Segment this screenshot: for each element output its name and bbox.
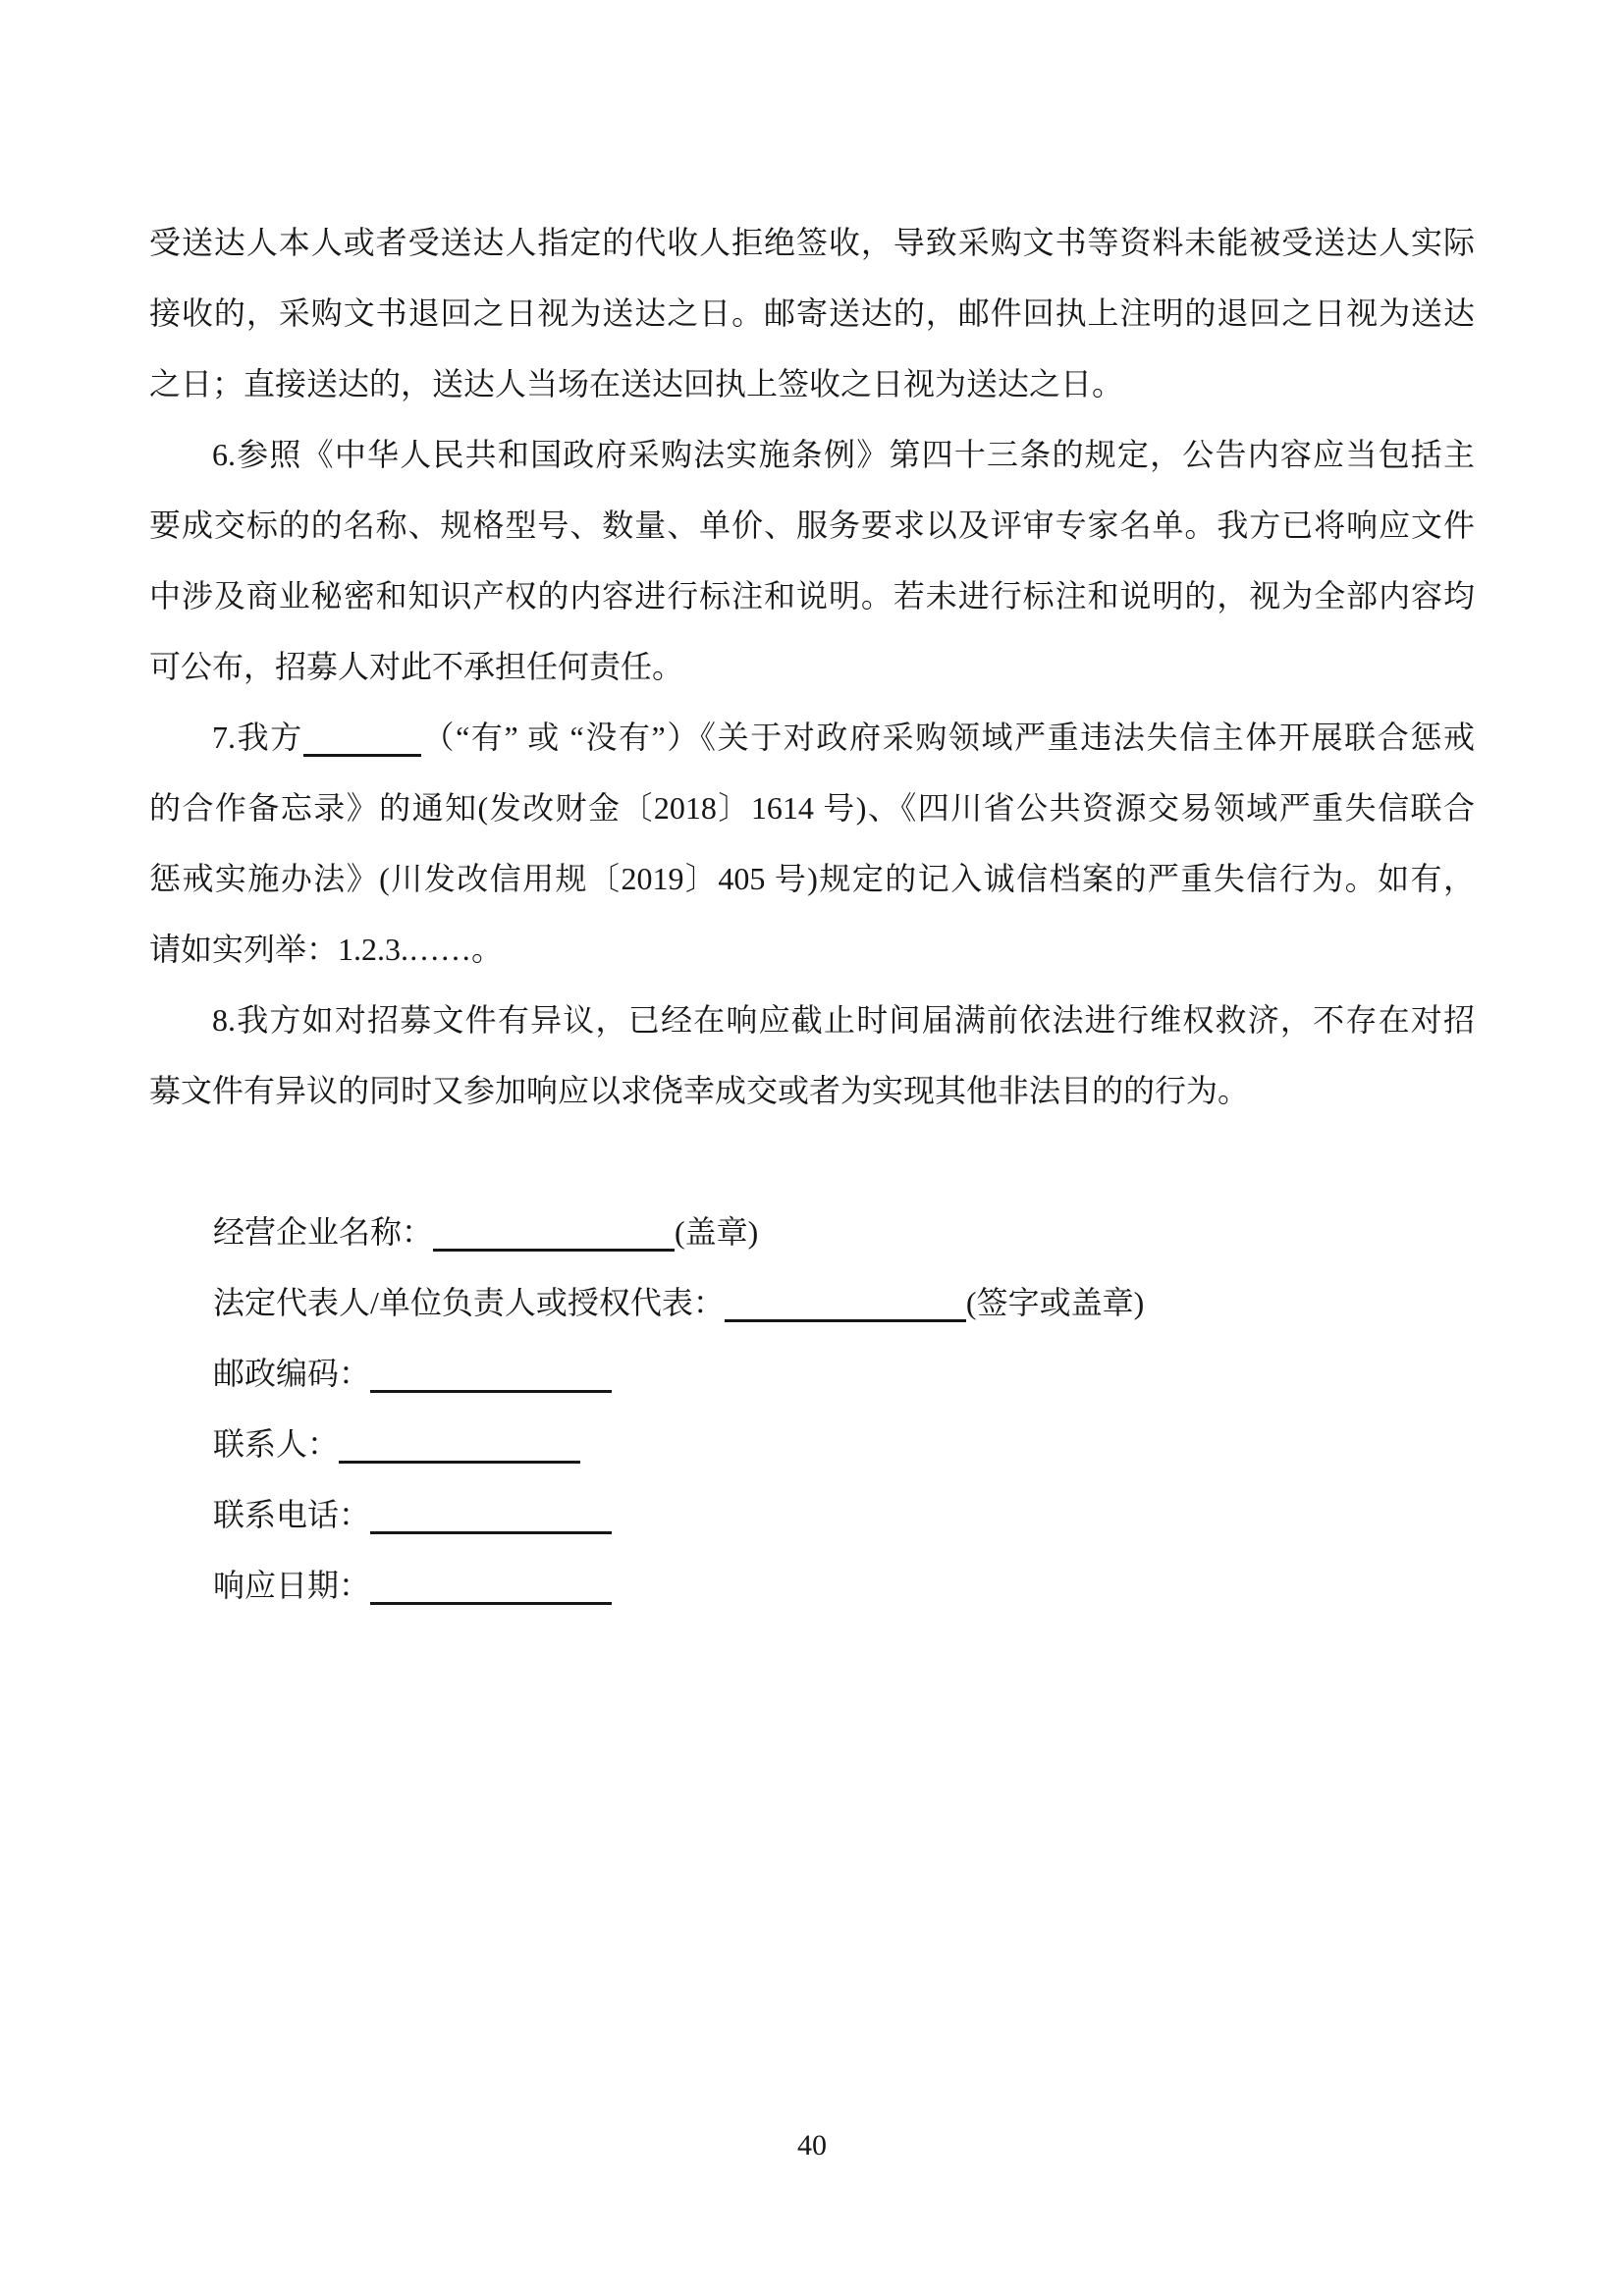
paragraph-cont-line-1: 受送达人本人或者受送达人指定的代收人拒绝签收，导致采购文书等资料未能被受送达人实…: [149, 207, 1475, 278]
fill-in-blank-phone: [370, 1492, 612, 1534]
signature-legal-rep-seal-note: (签字或盖章): [966, 1285, 1144, 1320]
signature-phone-label: 联系电话：: [213, 1497, 370, 1532]
signature-legal-rep-row: 法定代表人/单位负责人或授权代表：(签字或盖章): [149, 1267, 1475, 1338]
paragraph-cont-line-3: 之日；直接送达的，送达人当场在送达回执上签收之日视为送达之日。: [149, 348, 1475, 419]
signature-company-seal-note: (盖章): [675, 1214, 758, 1250]
fill-in-blank-legal-rep: [725, 1280, 966, 1322]
signature-postcode-label: 邮政编码：: [213, 1356, 370, 1391]
signature-company-row: 经营企业名称：(盖章): [149, 1197, 1475, 1267]
clause-6-line-4: 可公布，招募人对此不承担任何责任。: [149, 631, 1475, 702]
clause-7-line-3: 惩戒实施办法》(川发改信用规〔2019〕405 号)规定的记入诚信档案的严重失信…: [149, 843, 1475, 914]
paragraph-text: 之日；直接送达的，送达人当场在送达回执上签收之日视为送达之日。: [149, 366, 1123, 401]
signature-company-label: 经营企业名称：: [213, 1214, 433, 1250]
signature-contact-label: 联系人：: [213, 1426, 339, 1462]
paragraph-text: （“有” 或 “没有”）《关于对政府采购领域严重违法失信主体开展联合惩戒: [421, 720, 1475, 755]
clause-7-line-2: 的合作备忘录》的通知(发改财金〔2018〕1614 号)、《四川省公共资源交易领…: [149, 773, 1475, 843]
signature-date-label: 响应日期：: [213, 1568, 370, 1603]
fill-in-blank-company-name: [433, 1209, 675, 1252]
paragraph-text: 接收的，采购文书退回之日视为送达之日。邮寄送达的，邮件回执上注明的退回之日视为送…: [149, 295, 1475, 331]
signature-postcode-row: 邮政编码：: [149, 1338, 1475, 1409]
fill-in-blank-date: [370, 1563, 612, 1605]
document-body: 受送达人本人或者受送达人指定的代收人拒绝签收，导致采购文书等资料未能被受送达人实…: [149, 207, 1475, 1621]
paragraph-text: 请如实列举：1.2.3.……。: [149, 932, 503, 967]
clause-7-line-1: 7.我方（“有” 或 “没有”）《关于对政府采购领域严重违法失信主体开展联合惩戒: [149, 702, 1475, 773]
paragraph-text: 惩戒实施办法》(川发改信用规〔2019〕405 号)规定的记入诚信档案的严重失信…: [149, 861, 1475, 896]
paragraph-text: 要成交标的的名称、规格型号、数量、单价、服务要求以及评审专家名单。我方已将响应文…: [149, 507, 1475, 543]
clause-6-line-1: 6.参照《中华人民共和国政府采购法实施条例》第四十三条的规定，公告内容应当包括主: [149, 419, 1475, 490]
fill-in-blank-postcode: [370, 1351, 612, 1393]
paragraph-cont-line-2: 接收的，采购文书退回之日视为送达之日。邮寄送达的，邮件回执上注明的退回之日视为送…: [149, 278, 1475, 348]
paragraph-text: 募文件有异议的同时又参加响应以求侥幸成交或者为实现其他非法目的的行为。: [149, 1073, 1249, 1108]
blank-line: [149, 1126, 1475, 1197]
paragraph-text: 受送达人本人或者受送达人指定的代收人拒绝签收，导致采购文书等资料未能被受送达人实…: [149, 225, 1475, 260]
paragraph-text: 可公布，招募人对此不承担任何责任。: [149, 649, 683, 684]
fill-in-blank-contact: [339, 1421, 580, 1464]
document-page: 受送达人本人或者受送达人指定的代收人拒绝签收，导致采购文书等资料未能被受送达人实…: [0, 0, 1624, 2296]
signature-phone-row: 联系电话：: [149, 1479, 1475, 1550]
clause-6-line-2: 要成交标的的名称、规格型号、数量、单价、服务要求以及评审专家名单。我方已将响应文…: [149, 490, 1475, 561]
paragraph-text: 6.参照《中华人民共和国政府采购法实施条例》第四十三条的规定，公告内容应当包括主: [212, 437, 1475, 472]
clause-7-line-4: 请如实列举：1.2.3.……。: [149, 914, 1475, 985]
paragraph-text: 中涉及商业秘密和知识产权的内容进行标注和说明。若未进行标注和说明的，视为全部内容…: [149, 578, 1475, 614]
signature-legal-rep-label: 法定代表人/单位负责人或授权代表：: [213, 1285, 725, 1320]
paragraph-text: 的合作备忘录》的通知(发改财金〔2018〕1614 号)、《四川省公共资源交易领…: [149, 790, 1475, 826]
paragraph-text: 7.我方: [212, 720, 303, 755]
signature-contact-row: 联系人：: [149, 1409, 1475, 1479]
clause-6-line-3: 中涉及商业秘密和知识产权的内容进行标注和说明。若未进行标注和说明的，视为全部内容…: [149, 561, 1475, 631]
page-footer: 40: [0, 2126, 1624, 2165]
clause-8-line-2: 募文件有异议的同时又参加响应以求侥幸成交或者为实现其他非法目的的行为。: [149, 1055, 1475, 1126]
signature-date-row: 响应日期：: [149, 1550, 1475, 1621]
page-number: 40: [797, 2129, 827, 2162]
fill-in-blank-have-or-not: [303, 715, 421, 757]
clause-8-line-1: 8.我方如对招募文件有异议，已经在响应截止时间届满前依法进行维权救济，不存在对招: [149, 985, 1475, 1055]
paragraph-text: 8.我方如对招募文件有异议，已经在响应截止时间届满前依法进行维权救济，不存在对招: [212, 1002, 1475, 1038]
